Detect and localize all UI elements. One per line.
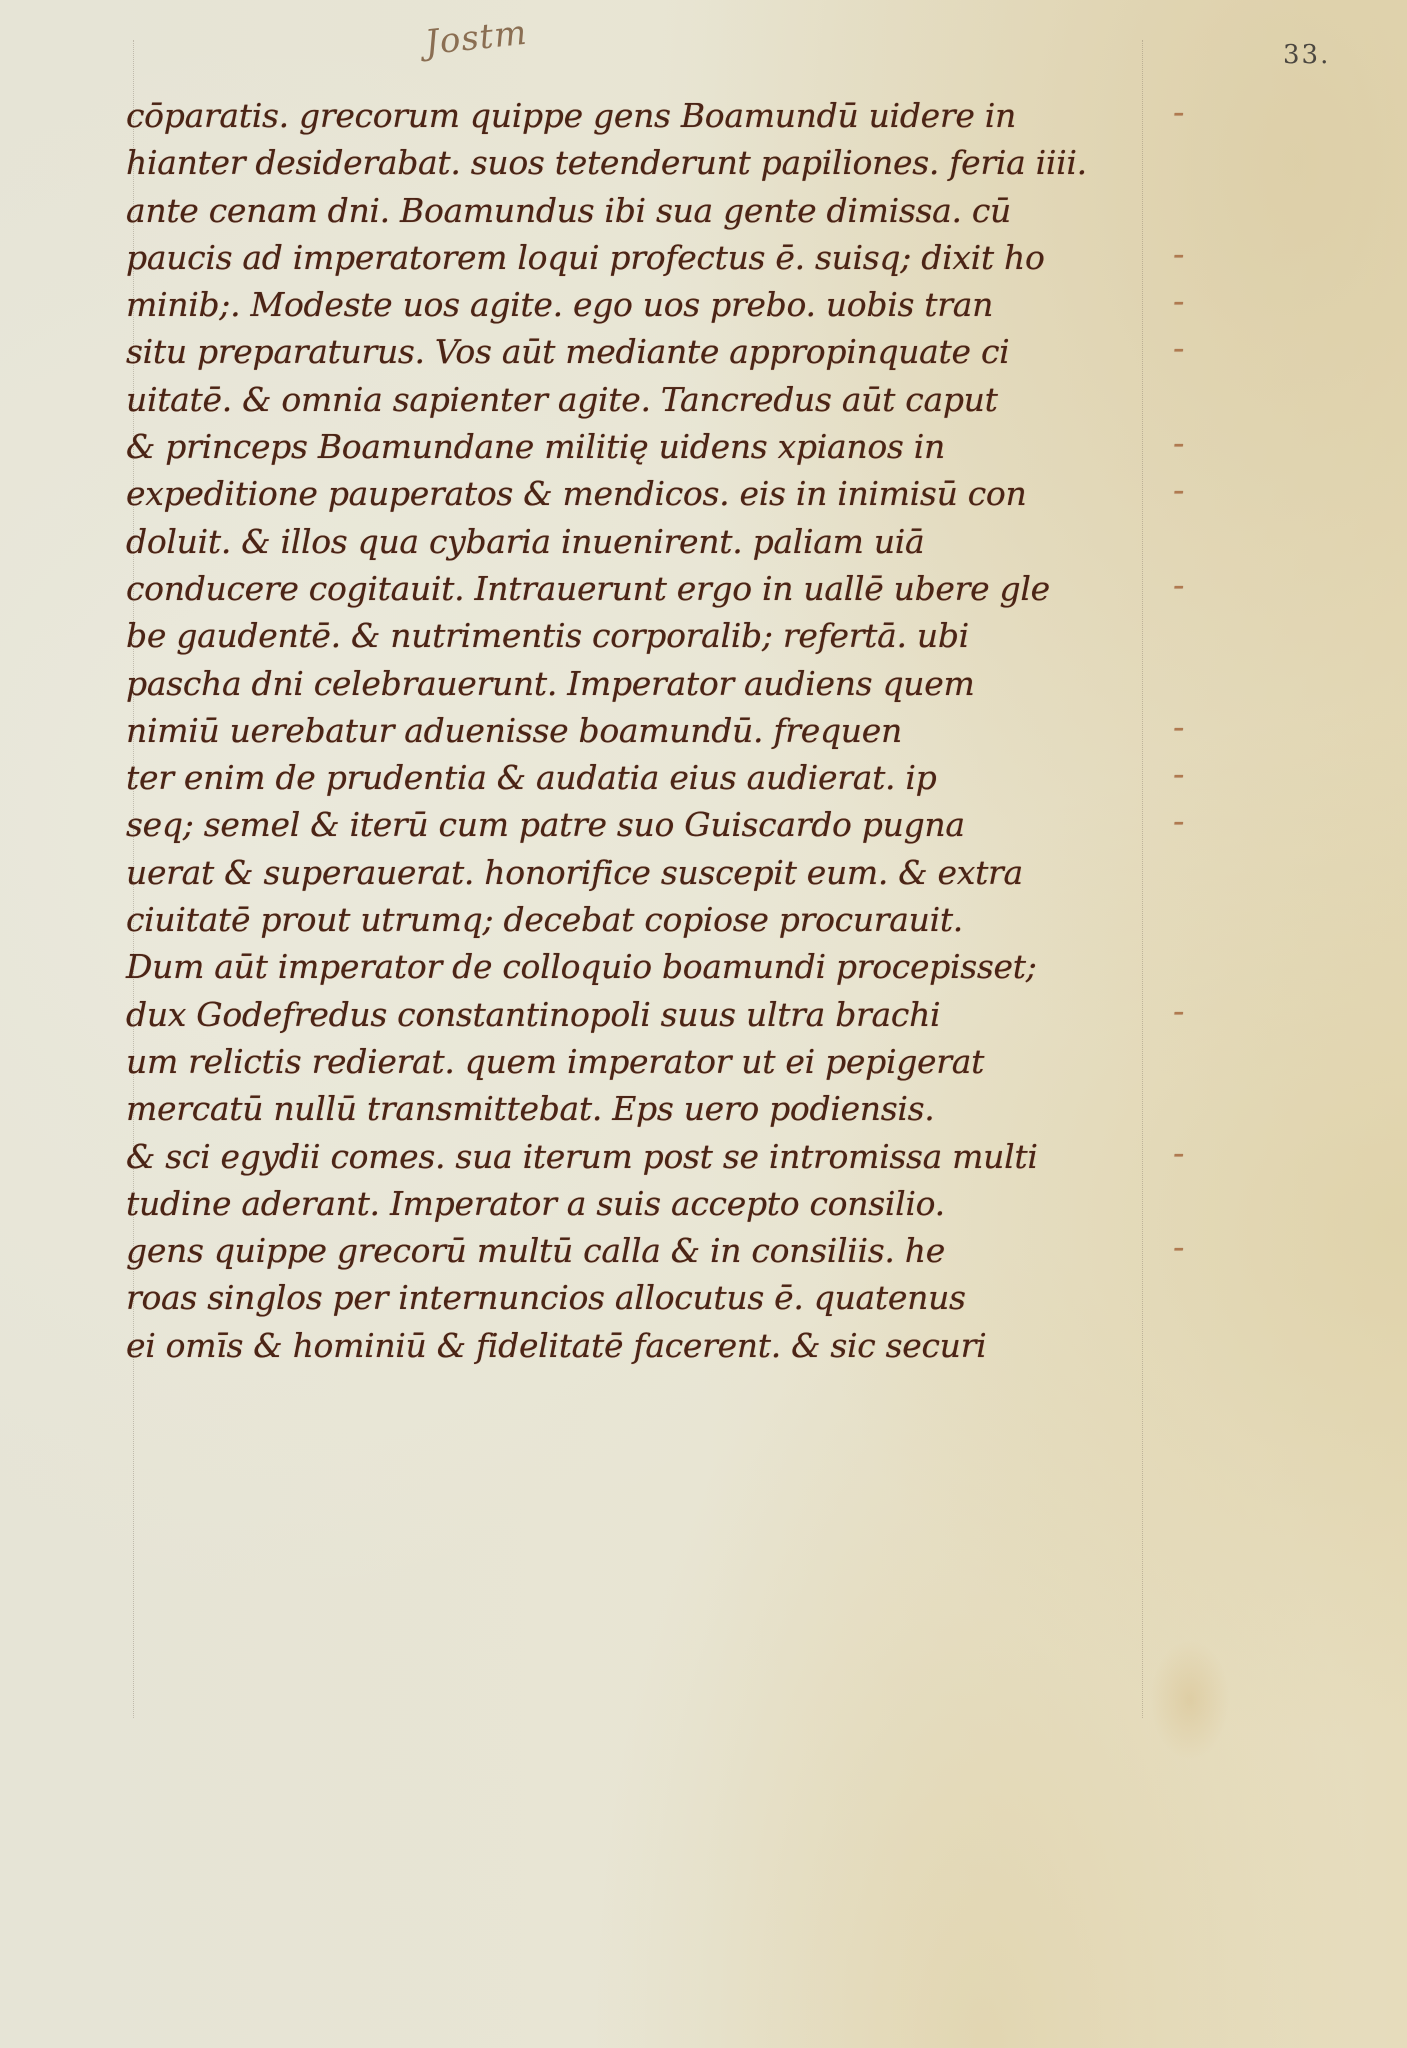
text-line-content: dux Godefredus constantinopoli suus ultr… (126, 995, 940, 1034)
text-line-content: tudine aderant. Imperator a suis accepto… (126, 1184, 945, 1223)
text-line: nimiū uerebatur aduenisse boamundū. freq… (126, 707, 1166, 754)
text-line-content: & princeps Boamundane militię uidens xpi… (126, 427, 945, 466)
text-line-content: gens quippe grecorū multū calla & in con… (126, 1231, 945, 1270)
line-hyphen-mark: - (1173, 561, 1184, 608)
line-hyphen-mark: - (1173, 797, 1184, 844)
manuscript-text-block: cōparatis. grecorum quippe gens Boamundū… (126, 92, 1166, 1369)
text-line-content: uitatē. & omnia sapienter agite. Tancred… (126, 380, 998, 419)
text-line: doluit. & illos qua cybaria inuenirent. … (126, 518, 1166, 565)
text-line: expeditione pauperatos & mendicos. eis i… (126, 470, 1166, 517)
line-hyphen-mark: - (1173, 703, 1184, 750)
text-line: cōparatis. grecorum quippe gens Boamundū… (126, 92, 1166, 139)
text-line: & princeps Boamundane militię uidens xpi… (126, 423, 1166, 470)
text-line: & sci egydii comes. sua iterum post se i… (126, 1133, 1166, 1180)
text-line: ante cenam dni. Boamundus ibi sua gente … (126, 187, 1166, 234)
text-line-content: conducere cogitauit. Intrauerunt ergo in… (126, 569, 1050, 608)
text-line-content: ante cenam dni. Boamundus ibi sua gente … (126, 191, 1011, 230)
text-line: uitatē. & omnia sapienter agite. Tancred… (126, 376, 1166, 423)
text-line-content: ei omīs & hominiū & fidelitatē facerent.… (126, 1326, 986, 1365)
text-line: conducere cogitauit. Intrauerunt ergo in… (126, 565, 1166, 612)
line-hyphen-mark: - (1173, 277, 1184, 324)
text-line-content: be gaudentē. & nutrimentis corporalib; r… (126, 616, 969, 655)
text-line: paucis ad imperatorem loqui profectus ē.… (126, 234, 1166, 281)
text-line: situ preparaturus. Vos aūt mediante appr… (126, 328, 1166, 375)
text-line: ei omīs & hominiū & fidelitatē facerent.… (126, 1322, 1166, 1369)
text-line-content: ter enim de prudentia & audatia eius aud… (126, 758, 937, 797)
text-line: um relictis redierat. quem imperator ut … (126, 1038, 1166, 1085)
text-line-content: ciuitatē prout utrumq; decebat copiose p… (126, 900, 963, 939)
text-line-content: mercatū nullū transmittebat. Eps uero po… (126, 1089, 934, 1128)
line-hyphen-mark: - (1173, 230, 1184, 277)
manuscript-folio: Jostm 33. cōparatis. grecorum quippe gen… (0, 0, 1407, 2048)
text-line-content: hianter desiderabat. suos tetenderunt pa… (126, 143, 1087, 182)
text-line-content: minib;. Modeste uos agite. ego uos prebo… (126, 285, 993, 324)
text-line: hianter desiderabat. suos tetenderunt pa… (126, 139, 1166, 186)
text-line: ciuitatē prout utrumq; decebat copiose p… (126, 896, 1166, 943)
text-line: be gaudentē. & nutrimentis corporalib; r… (126, 612, 1166, 659)
text-line-content: cōparatis. grecorum quippe gens Boamundū… (126, 96, 1016, 135)
line-hyphen-mark: - (1173, 1129, 1184, 1176)
text-line-content: um relictis redierat. quem imperator ut … (126, 1042, 984, 1081)
text-line-content: nimiū uerebatur aduenisse boamundū. freq… (126, 711, 902, 750)
text-line-content: paucis ad imperatorem loqui profectus ē.… (126, 238, 1045, 277)
line-hyphen-mark: - (1173, 88, 1184, 135)
text-line: tudine aderant. Imperator a suis accepto… (126, 1180, 1166, 1227)
text-line: pascha dni celebrauerunt. Imperator audi… (126, 660, 1166, 707)
text-line: minib;. Modeste uos agite. ego uos prebo… (126, 281, 1166, 328)
text-line: seq; semel & iterū cum patre suo Guiscar… (126, 801, 1166, 848)
text-line: mercatū nullū transmittebat. Eps uero po… (126, 1085, 1166, 1132)
text-line: gens quippe grecorū multū calla & in con… (126, 1227, 1166, 1274)
text-line-content: pascha dni celebrauerunt. Imperator audi… (126, 664, 974, 703)
line-hyphen-mark: - (1173, 324, 1184, 371)
text-line-content: roas singlos per internuncios allocutus … (126, 1278, 966, 1317)
text-line: ter enim de prudentia & audatia eius aud… (126, 754, 1166, 801)
line-hyphen-mark: - (1173, 1223, 1184, 1270)
line-hyphen-mark: - (1173, 466, 1184, 513)
line-hyphen-mark: - (1173, 750, 1184, 797)
line-hyphen-mark: - (1173, 987, 1184, 1034)
text-line-content: expeditione pauperatos & mendicos. eis i… (126, 474, 1026, 513)
parchment-stain (1150, 1640, 1230, 1760)
text-line: dux Godefredus constantinopoli suus ultr… (126, 991, 1166, 1038)
text-line: roas singlos per internuncios allocutus … (126, 1274, 1166, 1321)
line-hyphen-mark: - (1173, 419, 1184, 466)
folio-number: 33. (1283, 40, 1330, 70)
text-line: uerat & superauerat. honorifice suscepit… (126, 849, 1166, 896)
text-line: Dum aūt imperator de colloquio boamundi … (126, 943, 1166, 990)
header-marginal-note: Jostm (423, 13, 529, 63)
text-line-content: doluit. & illos qua cybaria inuenirent. … (126, 522, 924, 561)
text-line-content: seq; semel & iterū cum patre suo Guiscar… (126, 805, 965, 844)
text-line-content: Dum aūt imperator de colloquio boamundi … (126, 947, 1037, 986)
text-line-content: & sci egydii comes. sua iterum post se i… (126, 1137, 1038, 1176)
text-line-content: situ preparaturus. Vos aūt mediante appr… (126, 332, 1009, 371)
text-line-content: uerat & superauerat. honorifice suscepit… (126, 853, 1023, 892)
